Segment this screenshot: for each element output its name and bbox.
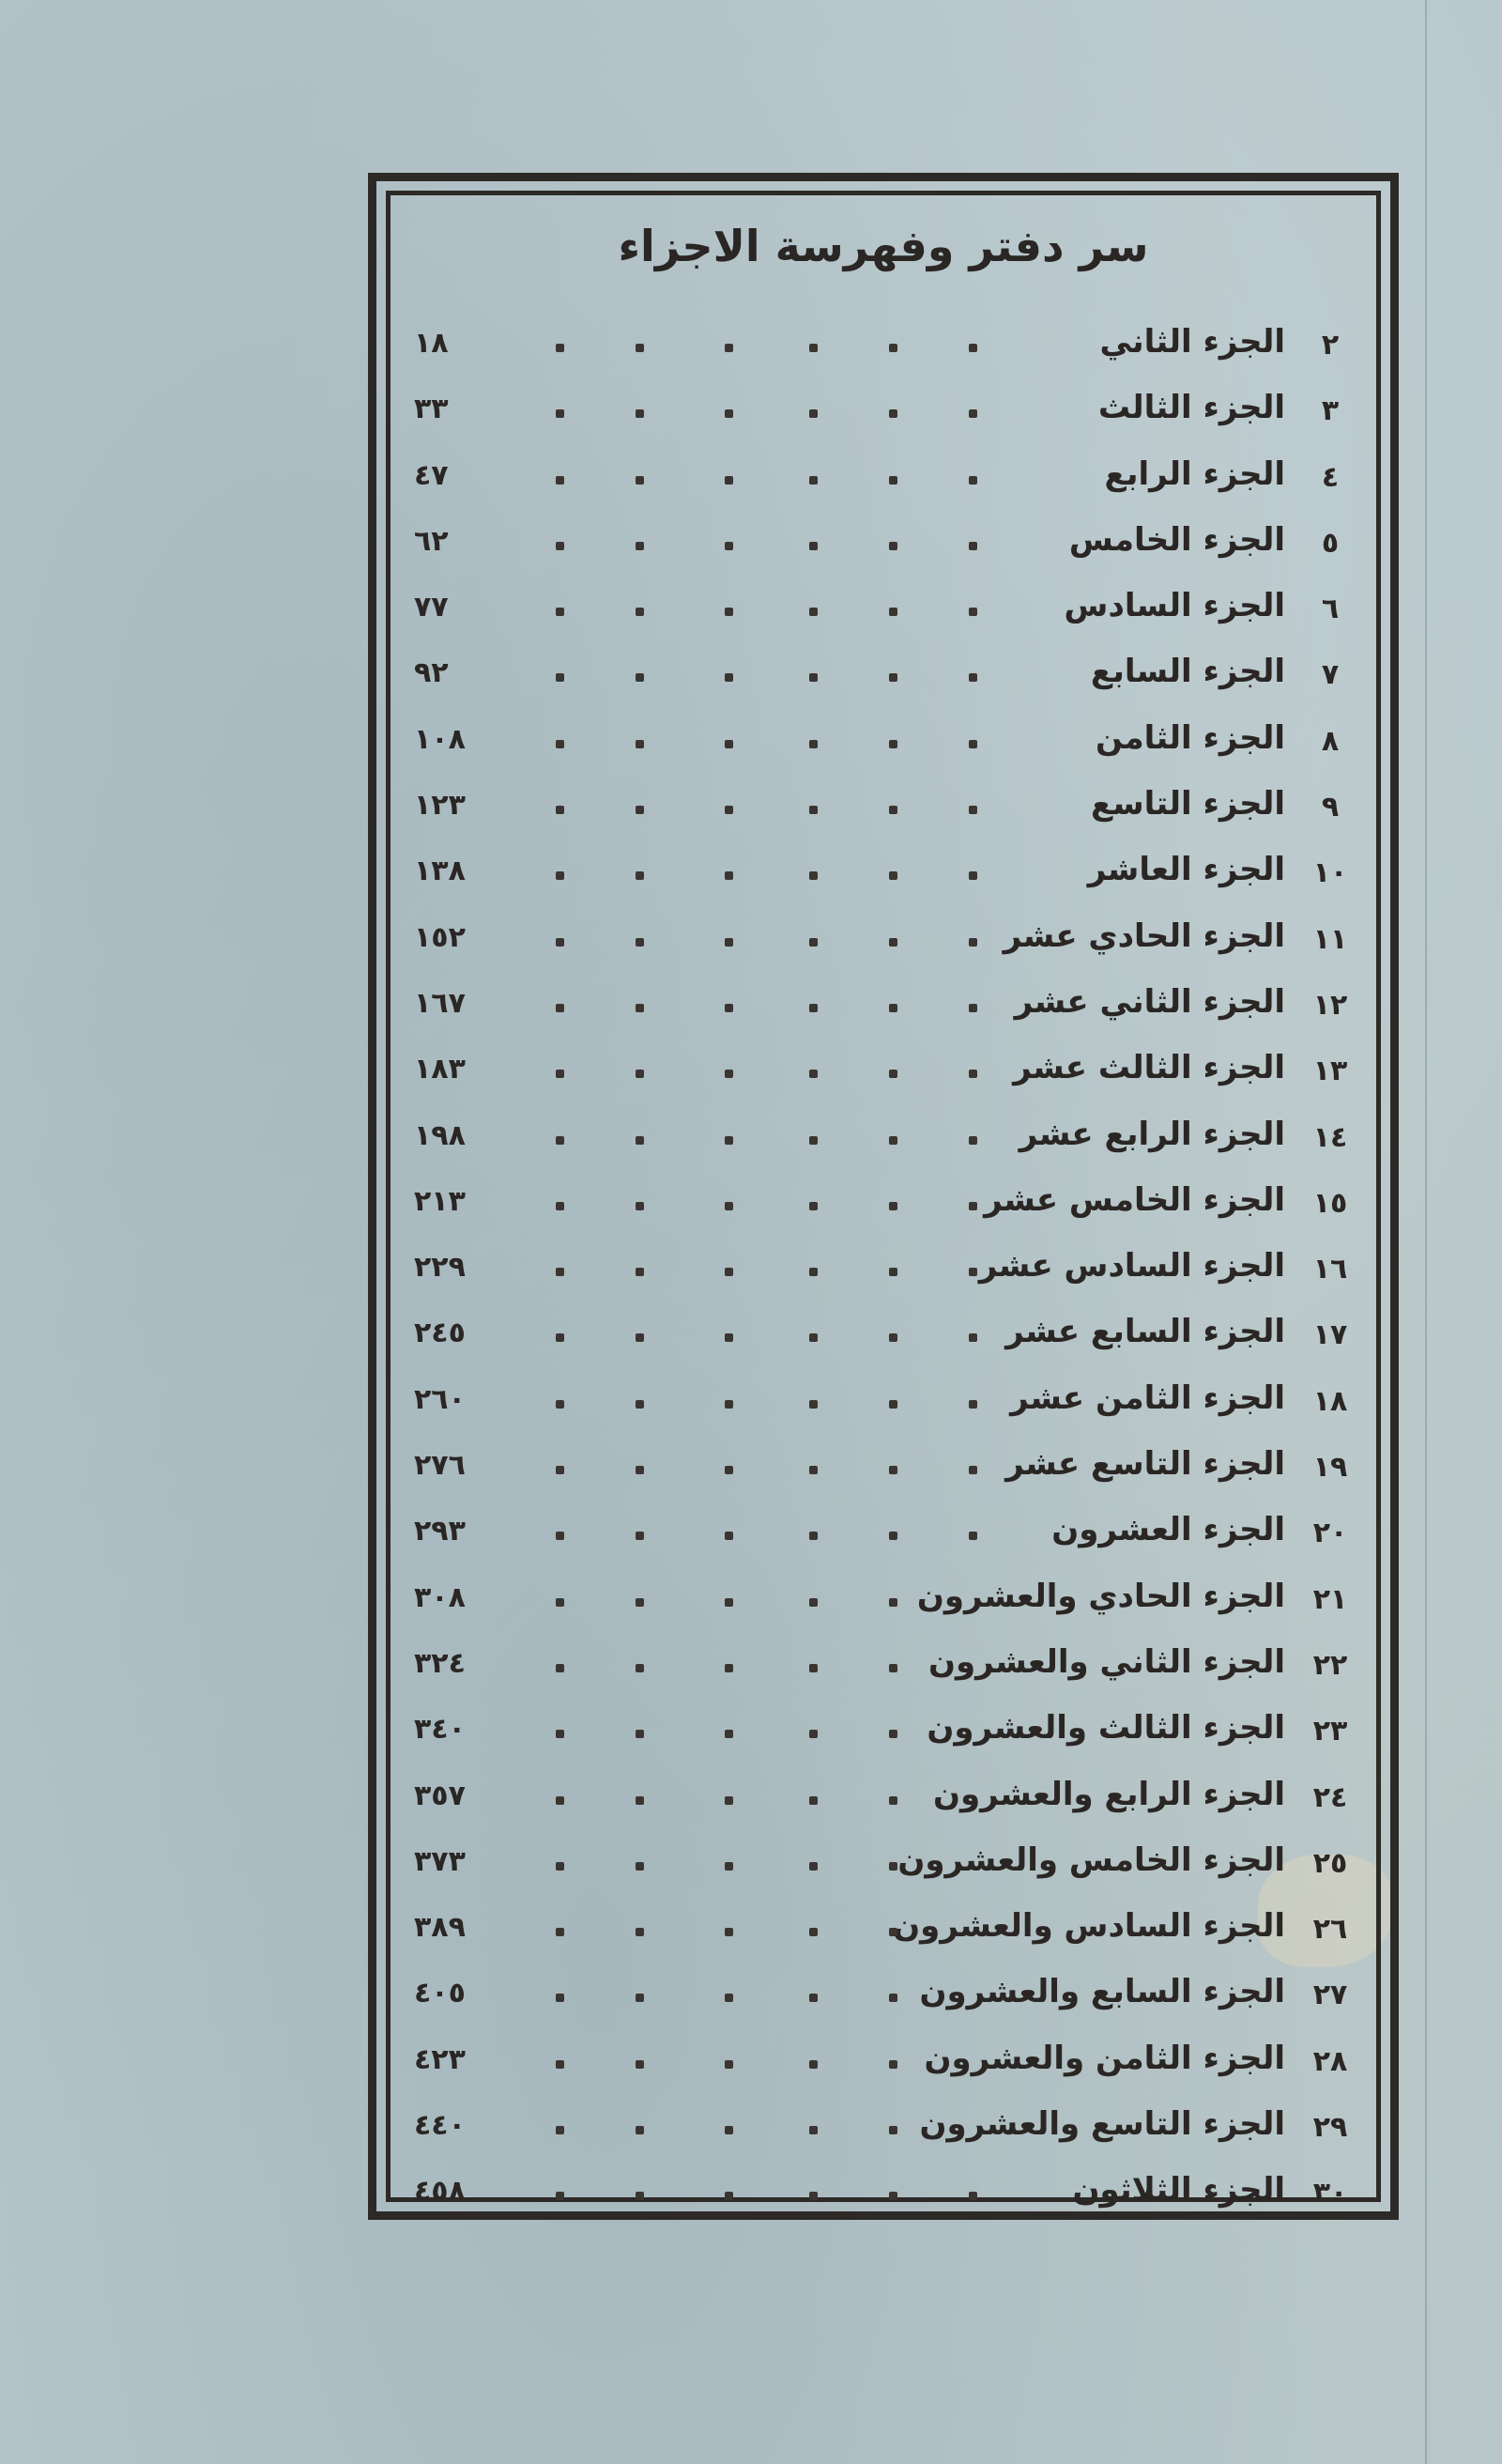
leader-dot [725,2192,733,2200]
leader-dot [556,1268,564,1276]
toc-row: ٤ الجزء الرابع ٤٧ [376,450,1390,516]
leader-dot [809,2126,818,2134]
leader-dot [725,409,733,418]
leader-dot [556,1202,564,1210]
leader-dot [556,1862,564,1871]
page-number: ١٦٧ [414,987,498,1020]
leader-dot [636,1333,644,1342]
leader-dot [809,1400,818,1409]
leader-dot [809,1004,818,1012]
part-number: ٢٠ [1306,1517,1355,1549]
leader-dot [969,806,977,814]
toc-row: ٢٩ الجزء التاسع والعشرون ٤٤٠ [376,2100,1390,2165]
part-title: الجزء الخامس [1069,521,1285,559]
part-number: ١٣ [1306,1055,1355,1087]
leader-dot [636,1202,644,1210]
part-title: الجزء التاسع [1091,785,1285,823]
toc-row: ٦ الجزء السادس ٧٧ [376,581,1390,647]
leader-dot [636,1862,644,1871]
leader-dot [725,2060,733,2069]
toc-row: ٢٥ الجزء الخامس والعشرون ٣٧٣ [376,1836,1390,1902]
leader-dot [725,1466,733,1474]
leader-dot [556,1136,564,1145]
part-title: الجزء العشرون [1051,1511,1285,1548]
leader-dot [725,1400,733,1409]
leader-dot [725,1333,733,1342]
leader-dot [969,871,977,880]
part-title: الجزء الثاني [1099,323,1285,361]
leader-dot [969,740,977,748]
leader-dot [725,1004,733,1012]
leader-dot [809,409,818,418]
leader-dot [636,1796,644,1805]
part-number: ١٠ [1306,856,1355,889]
leader-dot [809,673,818,682]
part-title: الجزء السابع والعشرون [919,1973,1285,2010]
part-number: ١٢ [1306,989,1355,1022]
leader-dot [969,1532,977,1540]
leader-dot [809,2060,818,2069]
leader-dot [889,344,897,352]
part-title: الجزء الخامس والعشرون [897,1841,1285,1879]
leader-dot [636,344,644,352]
part-number: ٢٣ [1306,1715,1355,1748]
leader-dot [556,938,564,947]
page-number: ٧٧ [414,591,498,624]
leader-dot [809,1730,818,1738]
part-title: الجزء التاسع عشر [1005,1445,1285,1483]
part-number: ١٧ [1306,1318,1355,1351]
leader-dot [889,1532,897,1540]
leader-dot [809,871,818,880]
leader-dot [725,1598,733,1607]
page-title: سر دفتر وفهرسة الاجزاء [376,221,1390,271]
toc-row: ١٨ الجزء الثامن عشر ٢٦٠ [376,1374,1390,1440]
leader-dot [636,1136,644,1145]
leader-dot [889,938,897,947]
toc-row: ٣ الجزء الثالث ٣٣ [376,383,1390,449]
leader-dot [556,1070,564,1078]
leader-dot [809,938,818,947]
page-fold-line [1425,0,1427,2464]
page-number: ١٠٨ [414,723,498,756]
leader-dot [725,1202,733,1210]
leader-dot [889,1730,897,1738]
toc-row: ١٢ الجزء الثاني عشر ١٦٧ [376,978,1390,1043]
leader-dot [636,1070,644,1078]
leader-dot [725,608,733,616]
leader-dot [636,1268,644,1276]
part-title: الجزء السادس والعشرون [893,1907,1285,1945]
part-title: الجزء السابع [1091,653,1285,690]
leader-dot [809,740,818,748]
leader-dot [969,938,977,947]
leader-dot [809,1466,818,1474]
leader-dot [969,1400,977,1409]
leader-dot [636,1994,644,2002]
part-number: ٨ [1306,725,1355,758]
toc-row: ١١ الجزء الحادي عشر ١٥٢ [376,912,1390,978]
leader-dot [889,1928,897,1936]
page-number: ٣٣ [414,393,498,425]
part-title: الجزء الثامن والعشرون [925,2040,1286,2077]
page-number: ٤٤٠ [414,2109,498,2142]
page-number: ٢٩٣ [414,1515,498,1548]
leader-dot [636,938,644,947]
leader-dot [725,1070,733,1078]
leader-dot [556,1400,564,1409]
part-number: ١٥ [1306,1187,1355,1220]
leader-dot [725,2126,733,2134]
leader-dot [725,740,733,748]
part-title: الجزء الحادي والعشرون [917,1578,1285,1615]
leader-dot [809,1598,818,1607]
leader-dot [969,1070,977,1078]
leader-dot [889,1466,897,1474]
part-title: الجزء السابع عشر [1005,1313,1285,1350]
leader-dot [969,2192,977,2200]
page-number: ٣٢٤ [414,1647,498,1680]
page-number: ٢٧٦ [414,1449,498,1482]
part-title: الجزء الثاني والعشرون [928,1643,1285,1681]
leader-dot [725,1928,733,1936]
leader-dot [889,806,897,814]
leader-dot [889,476,897,485]
leader-dot [889,1004,897,1012]
part-title: الجزء السادس [1065,587,1285,624]
page-number: ١٢٣ [414,789,498,822]
leader-dot [889,542,897,550]
page-number: ٢١٣ [414,1185,498,1218]
leader-dot [725,476,733,485]
leader-dot [889,740,897,748]
part-title: الجزء الثالث والعشرون [927,1709,1285,1747]
leader-dot [809,542,818,550]
leader-dot [889,673,897,682]
leader-dot [556,409,564,418]
leader-dot [969,476,977,485]
leader-dot [556,1928,564,1936]
leader-dot [809,1136,818,1145]
toc-row: ٢١ الجزء الحادي والعشرون ٣٠٨ [376,1572,1390,1638]
leader-dot [556,1004,564,1012]
toc-row: ١٣ الجزء الثالث عشر ١٨٣ [376,1043,1390,1109]
part-number: ٢٢ [1306,1649,1355,1682]
page-number: ١٣٨ [414,855,498,887]
leader-dot [889,1070,897,1078]
part-title: الجزء الثالث عشر [1013,1049,1285,1086]
leader-dot [889,608,897,616]
leader-dot [636,1466,644,1474]
part-number: ٢ [1306,329,1355,362]
part-number: ٢٦ [1306,1913,1355,1946]
page-number: ١٨٣ [414,1053,498,1086]
leader-dot [556,806,564,814]
page-number: ٤٠٥ [414,1977,498,2010]
part-title: الجزء التاسع والعشرون [919,2105,1285,2143]
page-number: ٣٤٠ [414,1713,498,1746]
leader-dot [889,1136,897,1145]
toc-row: ١٦ الجزء السادس عشر ٢٢٩ [376,1241,1390,1307]
leader-dot [969,1004,977,1012]
leader-dot [556,344,564,352]
leader-dot [809,344,818,352]
leader-dot [636,1532,644,1540]
part-number: ١٤ [1306,1121,1355,1154]
leader-dot [969,673,977,682]
leader-dot [636,608,644,616]
leader-dot [969,1202,977,1210]
leader-dot [636,476,644,485]
toc-row: ١٥ الجزء الخامس عشر ٢١٣ [376,1176,1390,1241]
page-number: ٢٤٥ [414,1317,498,1349]
leader-dot [556,1796,564,1805]
leader-dot [889,1994,897,2002]
leader-dot [636,1004,644,1012]
leader-dot [556,1333,564,1342]
page-number: ٢٢٩ [414,1251,498,1284]
leader-dot [725,673,733,682]
toc-row: ٢٣ الجزء الثالث والعشرون ٣٤٠ [376,1703,1390,1769]
toc-row: ٢٠ الجزء العشرون ٢٩٣ [376,1505,1390,1571]
leader-dot [725,542,733,550]
leader-dot [809,608,818,616]
leader-dot [809,1862,818,1871]
leader-dot [889,1796,897,1805]
leader-dot [725,344,733,352]
part-number: ١١ [1306,923,1355,956]
part-number: ٢٩ [1306,2111,1355,2144]
leader-dot [725,806,733,814]
leader-dot [636,2126,644,2134]
part-title: الجزء الرابع والعشرون [933,1776,1285,1813]
page-number: ٢٦٠ [414,1383,498,1416]
leader-dot [809,1994,818,2002]
leader-dot [969,608,977,616]
leader-dot [969,542,977,550]
leader-dot [725,1268,733,1276]
part-number: ٢٨ [1306,2045,1355,2078]
part-title: الجزء الرابع [1104,455,1285,493]
leader-dot [556,1994,564,2002]
leader-dot [636,409,644,418]
leader-dot [889,1333,897,1342]
part-title: الجزء السادس عشر [979,1247,1285,1285]
leader-dot [556,608,564,616]
leader-dot [725,1136,733,1145]
leader-dot [636,1928,644,1936]
leader-dot [889,1598,897,1607]
leader-dot [636,1598,644,1607]
leader-dot [636,673,644,682]
leader-dot [969,1136,977,1145]
part-number: ٣٠ [1306,2177,1355,2210]
leader-dot [556,476,564,485]
leader-dot [809,1268,818,1276]
leader-dot [636,1730,644,1738]
leader-dot [556,740,564,748]
leader-dot [556,1730,564,1738]
leader-dot [556,1664,564,1672]
leader-dot [969,1466,977,1474]
leader-dot [725,1664,733,1672]
leader-dot [969,409,977,418]
leader-dot [889,1664,897,1672]
leader-dot [636,2192,644,2200]
toc-row: ٢ الجزء الثاني ١٨ [376,317,1390,383]
leader-dot [556,1532,564,1540]
part-title: الجزء الثاني عشر [1015,983,1285,1021]
toc-row: ٨ الجزء الثامن ١٠٨ [376,714,1390,779]
page-border-frame: سر دفتر وفهرسة الاجزاء ٢ الجزء الثاني ١٨… [368,173,1399,2220]
page-number: ٣٠٨ [414,1581,498,1614]
leader-dot [556,871,564,880]
leader-dot [725,938,733,947]
toc-row: ٢٧ الجزء السابع والعشرون ٤٠٥ [376,1967,1390,2033]
leader-dot [636,1664,644,1672]
part-title: الجزء الثلاثون [1072,2171,1285,2209]
page-number: ٤٢٣ [414,2043,498,2076]
toc-row: ٧ الجزء السابع ٩٢ [376,647,1390,713]
leader-dot [636,2060,644,2069]
leader-dot [969,1268,977,1276]
toc-row: ١٤ الجزء الرابع عشر ١٩٨ [376,1110,1390,1176]
toc-list: ٢ الجزء الثاني ١٨ ٣ الجزء الثالث ٣٣ ٤ ال… [376,317,1390,2232]
part-title: الجزء الرابع عشر [1019,1116,1285,1153]
part-number: ١٨ [1306,1385,1355,1418]
leader-dot [725,871,733,880]
leader-dot [889,1268,897,1276]
leader-dot [809,2192,818,2200]
part-number: ٤ [1306,461,1355,494]
leader-dot [809,1202,818,1210]
part-number: ٥ [1306,527,1355,560]
leader-dot [636,740,644,748]
part-title: الجزء الثامن [1096,719,1285,757]
toc-row: ١٧ الجزء السابع عشر ٢٤٥ [376,1307,1390,1373]
page-number: ١٥٢ [414,921,498,954]
leader-dot [969,344,977,352]
toc-row: ٢٦ الجزء السادس والعشرون ٣٨٩ [376,1902,1390,1967]
leader-dot [636,806,644,814]
leader-dot [889,1202,897,1210]
toc-row: ٢٢ الجزء الثاني والعشرون ٣٢٤ [376,1638,1390,1703]
leader-dot [809,1333,818,1342]
leader-dot [556,1466,564,1474]
leader-dot [809,1664,818,1672]
leader-dot [809,806,818,814]
part-number: ٣ [1306,394,1355,427]
leader-dot [809,476,818,485]
part-title: الجزء الثالث [1098,389,1285,426]
leader-dot [556,2192,564,2200]
part-title: الجزء العاشر [1088,851,1285,888]
page-number: ١٨ [414,327,498,360]
page-number: ٣٥٧ [414,1779,498,1812]
toc-row: ٣٠ الجزء الثلاثون ٤٥٨ [376,2165,1390,2231]
page-number: ٦٢ [414,525,498,558]
part-number: ٧ [1306,658,1355,691]
toc-row: ٩ الجزء التاسع ١٢٣ [376,779,1390,845]
leader-dot [556,673,564,682]
leader-dot [725,1994,733,2002]
part-title: الجزء الخامس عشر [984,1181,1285,1219]
part-title: الجزء الحادي عشر [1004,917,1285,955]
part-number: ٦ [1306,593,1355,625]
leader-dot [725,1862,733,1871]
page-number: ٤٥٨ [414,2175,498,2208]
leader-dot [809,1928,818,1936]
part-number: ٢٥ [1306,1847,1355,1880]
leader-dot [809,1070,818,1078]
part-title: الجزء الثامن عشر [1010,1379,1285,1417]
page-number: ٩٢ [414,656,498,689]
leader-dot [725,1730,733,1738]
toc-row: ٢٨ الجزء الثامن والعشرون ٤٢٣ [376,2034,1390,2100]
leader-dot [809,1796,818,1805]
part-number: ٢٤ [1306,1781,1355,1814]
page-number: ١٩٨ [414,1119,498,1152]
leader-dot [969,1333,977,1342]
leader-dot [889,2060,897,2069]
part-number: ٢٧ [1306,1979,1355,2011]
toc-row: ٥ الجزء الخامس ٦٢ [376,516,1390,581]
leader-dot [556,2060,564,2069]
leader-dot [889,409,897,418]
leader-dot [889,1400,897,1409]
leader-dot [725,1796,733,1805]
toc-row: ١٩ الجزء التاسع عشر ٢٧٦ [376,1440,1390,1505]
leader-dot [809,1532,818,1540]
page-number: ٣٧٣ [414,1845,498,1878]
part-number: ١٩ [1306,1451,1355,1484]
toc-row: ١٠ الجزء العاشر ١٣٨ [376,845,1390,911]
leader-dot [889,2126,897,2134]
part-number: ٢١ [1306,1583,1355,1616]
page-number: ٣٨٩ [414,1911,498,1944]
part-number: ٩ [1306,791,1355,824]
part-number: ١٦ [1306,1253,1355,1286]
leader-dot [636,871,644,880]
leader-dot [636,542,644,550]
leader-dot [636,1400,644,1409]
leader-dot [556,2126,564,2134]
leader-dot [889,871,897,880]
leader-dot [889,1862,897,1871]
toc-row: ٢٤ الجزء الرابع والعشرون ٣٥٧ [376,1770,1390,1836]
leader-dot [556,1598,564,1607]
leader-dot [725,1532,733,1540]
page-number: ٤٧ [414,459,498,492]
leader-dot [556,542,564,550]
leader-dot [889,2192,897,2200]
